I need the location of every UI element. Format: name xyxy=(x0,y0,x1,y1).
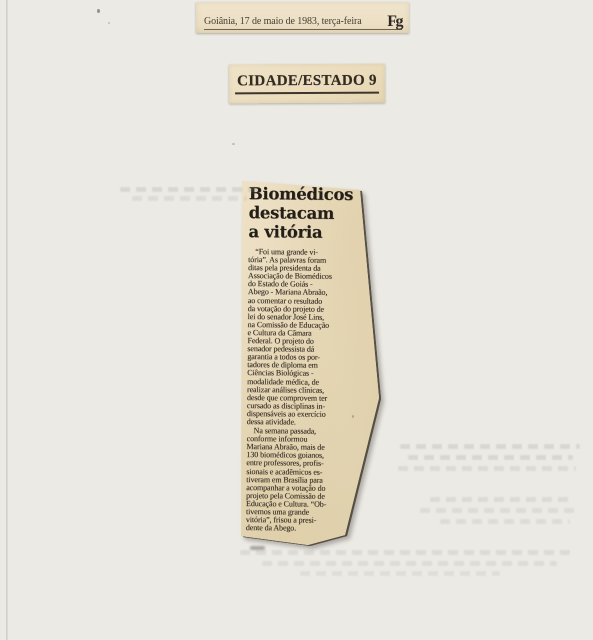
ink-speck xyxy=(108,22,110,24)
bleedthrough-text xyxy=(408,455,573,460)
bleedthrough-text xyxy=(420,508,580,513)
dateline-text: Goiânia, 17 de maio de 1983, terça-feira xyxy=(204,16,362,27)
ink-speck xyxy=(232,143,235,145)
article-content: Biomédicos destacam a vitória “Foi uma g… xyxy=(235,168,388,534)
bleedthrough-text xyxy=(400,444,580,449)
ink-speck xyxy=(97,9,100,13)
bleedthrough-text xyxy=(300,571,500,576)
article-paragraph-2: Na semana passada, conforme informou Mar… xyxy=(246,427,378,533)
article-paragraph-1: “Foi uma grande vi- tória”. As palavras … xyxy=(247,248,380,427)
bleedthrough-text xyxy=(240,550,570,555)
bleedthrough-text xyxy=(440,519,570,524)
bleedthrough-text xyxy=(430,497,570,502)
page-left-edge xyxy=(6,0,8,640)
dateline-clipping: Goiânia, 17 de maio de 1983, terça-feira… xyxy=(196,2,409,33)
article-clipping: Biomédicos destacam a vitória “Foi uma g… xyxy=(238,168,388,550)
bleedthrough-text xyxy=(398,466,576,471)
ink-speck xyxy=(352,415,354,418)
section-header-clipping: CIDADE/ESTADO 9 xyxy=(229,64,385,104)
bleedthrough-text xyxy=(132,196,247,201)
newspaper-logo: Fg xyxy=(387,17,402,27)
bleedthrough-text xyxy=(262,561,557,566)
dateline-rule: Goiânia, 17 de maio de 1983, terça-feira… xyxy=(204,15,402,30)
bleedthrough-text xyxy=(120,187,258,192)
section-title: CIDADE/ESTADO 9 xyxy=(235,73,379,95)
pencil-smudge xyxy=(250,546,265,550)
scan-page: Goiânia, 17 de maio de 1983, terça-feira… xyxy=(0,0,593,640)
article-headline: Biomédicos destacam a vitória xyxy=(248,184,379,242)
article-paper: Biomédicos destacam a vitória “Foi uma g… xyxy=(238,168,388,550)
